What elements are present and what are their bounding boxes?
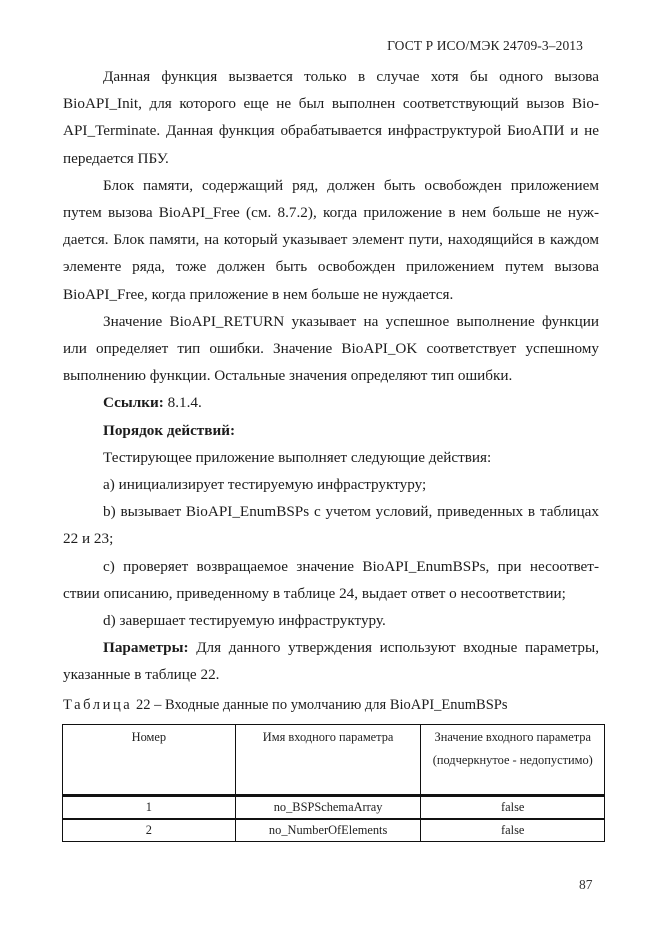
table-row: 2 no_NumberOfElements false <box>63 819 605 842</box>
cell-parameter-value: false <box>421 796 605 820</box>
column-header-parameter-name: Имя входного параметра <box>235 725 421 796</box>
column-header-parameter-value: Значение входного параметра (подчеркнуто… <box>421 725 605 796</box>
cell-number: 1 <box>63 796 236 820</box>
table-caption-prefix: Таблица <box>63 697 132 713</box>
list-item-step-b: b) вызывает BioAPI_EnumBSPs с учетом усл… <box>63 498 599 552</box>
references-label: Ссылки: <box>103 394 164 411</box>
procedure-label: Порядок действий: <box>103 422 235 439</box>
paragraph-memory-block: Блок памяти, содержащий ряд, должен быть… <box>63 172 599 308</box>
paragraph-references: Ссылки: 8.1.4. <box>63 389 599 416</box>
column-header-number: Номер <box>63 725 236 796</box>
paragraph-procedure-heading: Порядок действий: <box>63 417 599 444</box>
page-number: 87 <box>579 877 593 893</box>
paragraph-parameters: Параметры: Для данного утверждения испол… <box>63 634 599 688</box>
list-item-step-c: c) проверяет возвращаемое значение BioAP… <box>63 553 599 607</box>
references-value: 8.1.4. <box>164 394 202 411</box>
cell-number: 2 <box>63 819 236 842</box>
document-page: ГОСТ Р ИСО/МЭК 24709-3–2013 Данная функц… <box>0 0 661 935</box>
paragraph-return-value: Значение BioAPI_RETURN указывает на успе… <box>63 308 599 390</box>
input-parameters-table: Номер Имя входного параметра Значение вх… <box>62 724 605 842</box>
list-item-step-d: d) завершает тестируемую инфраструктуру. <box>63 607 599 634</box>
list-item-step-a: a) инициализирует тестируемую инфраструк… <box>63 471 599 498</box>
paragraph-procedure-intro: Тестирующее приложение выполняет следующ… <box>63 444 599 471</box>
cell-parameter-name: no_BSPSchemaArray <box>235 796 421 820</box>
cell-parameter-name: no_NumberOfElements <box>235 819 421 842</box>
standard-header: ГОСТ Р ИСО/МЭК 24709-3–2013 <box>387 38 583 54</box>
table-header-row: Номер Имя входного параметра Значение вх… <box>63 725 605 796</box>
cell-parameter-value: false <box>421 819 605 842</box>
table-caption-text: 22 – Входные данные по умолчанию для Bio… <box>132 697 507 713</box>
table-row: 1 no_BSPSchemaArray false <box>63 796 605 820</box>
table-caption: Таблица 22 – Входные данные по умолчанию… <box>63 697 507 714</box>
parameters-label: Параметры: <box>103 639 189 656</box>
paragraph-function-call-condition: Данная функция вызвается только в случае… <box>63 63 599 172</box>
body-text: Данная функция вызвается только в случае… <box>63 63 599 689</box>
